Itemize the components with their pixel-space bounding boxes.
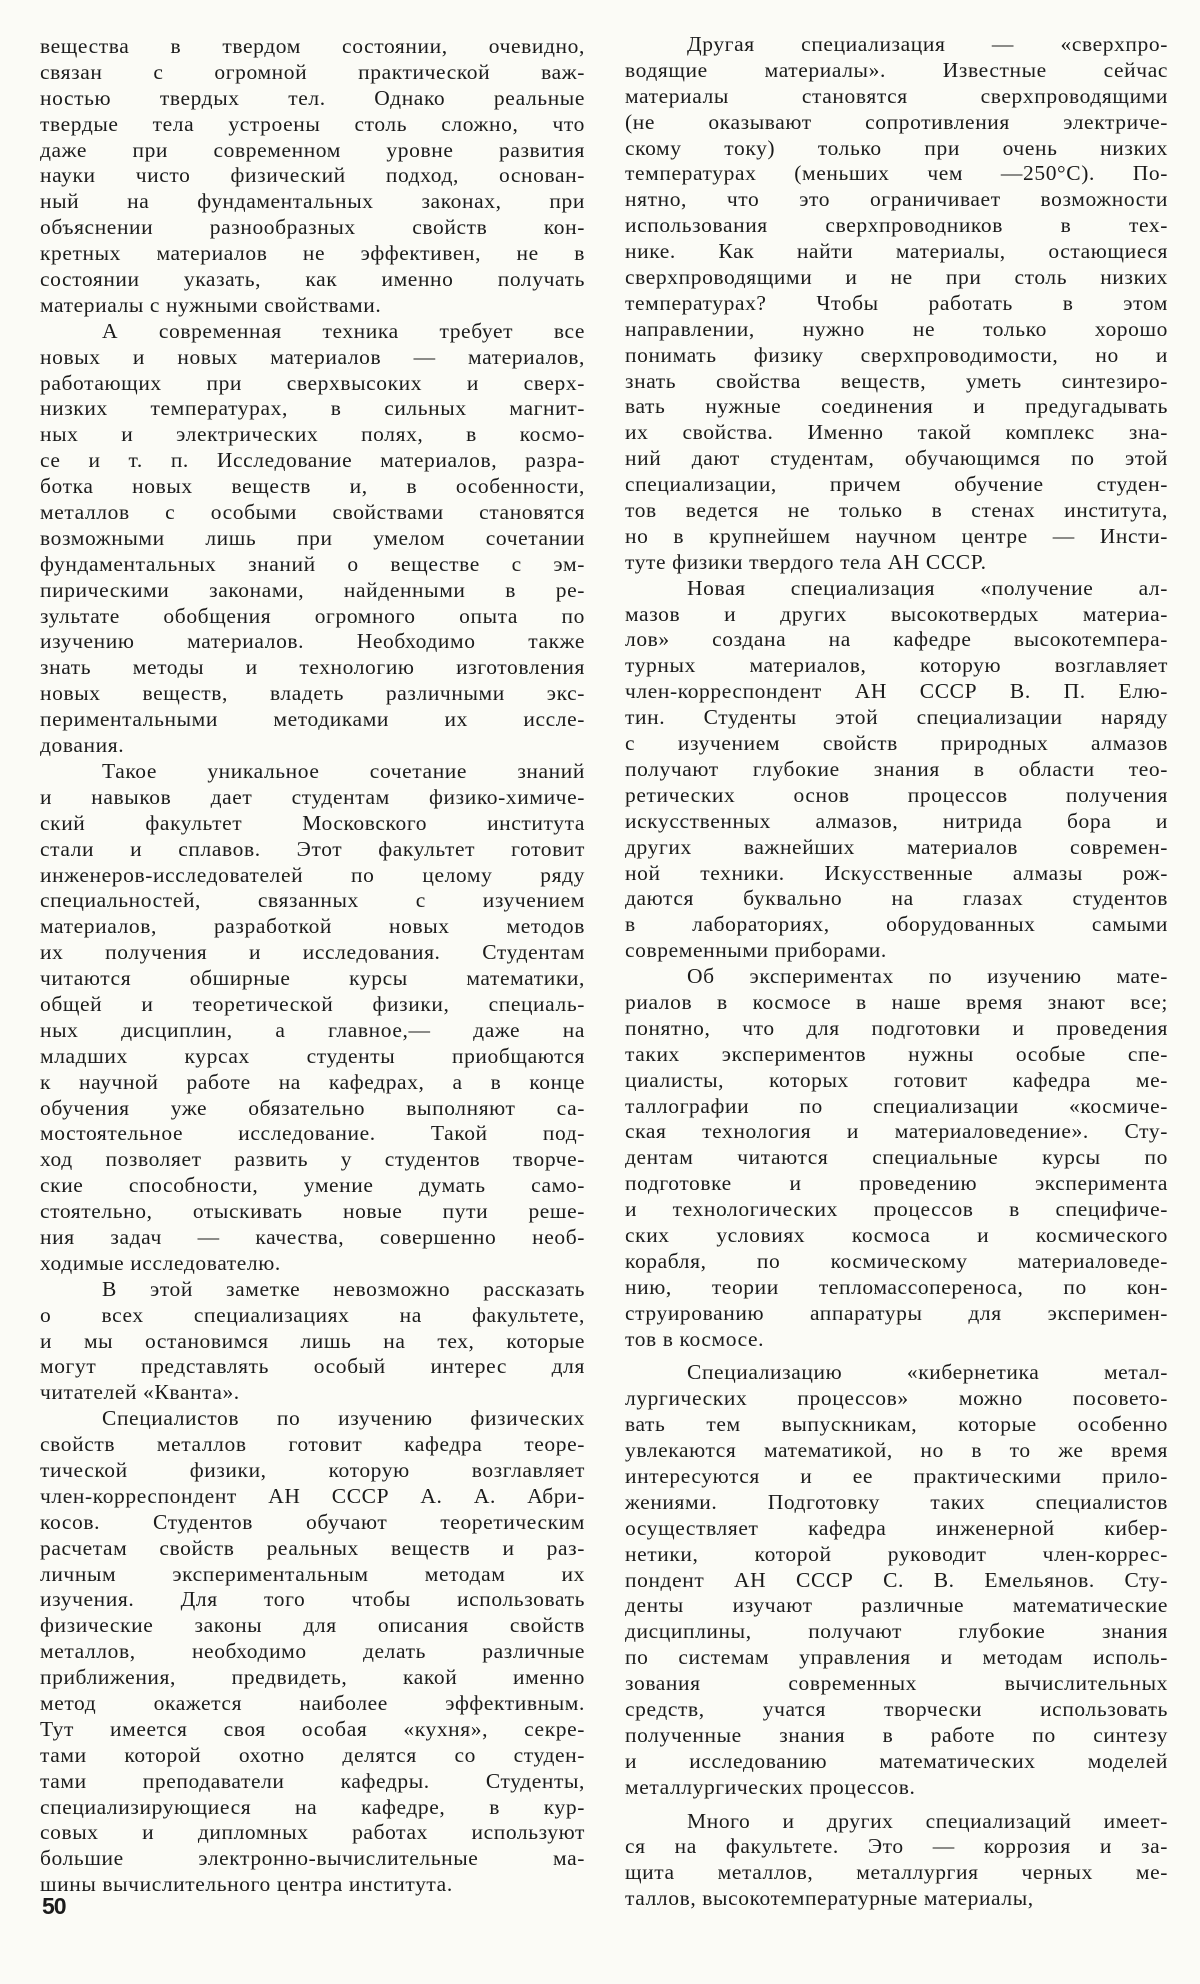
text-line: ская технология и материаловедение». Сту… <box>625 1119 1168 1145</box>
text-line: специальностей, связанных с изучением <box>40 888 585 914</box>
text-line: тической физики, которую возглавляет <box>40 1458 585 1484</box>
text-line: В этой заметке невозможно рассказать <box>40 1277 585 1303</box>
text-line: средств, учатся творчески использовать <box>625 1697 1168 1723</box>
text-line: увлекаются математикой, но в то же время <box>625 1438 1168 1464</box>
text-line: изучения. Для того чтобы использовать <box>40 1587 585 1613</box>
text-line: объяснении разнообразных свойств кон- <box>40 215 585 241</box>
right-column: Другая специализация — «сверхпро-водящие… <box>625 32 1168 1912</box>
left-column-paragraph: А современная техника требует всеновых и… <box>40 319 585 759</box>
text-line: физические законы для описания свойств <box>40 1613 585 1639</box>
text-line: материалы с нужными свойствами. <box>40 293 585 319</box>
text-line: приближения, предвидеть, какой именно <box>40 1665 585 1691</box>
text-line: ностью твердых тел. Однако реальные <box>40 86 585 112</box>
text-line: общей и теоретической физики, специаль- <box>40 992 585 1018</box>
left-column-paragraph: В этой заметке невозможно рассказатьо вс… <box>40 1277 585 1406</box>
text-line: тами преподаватели кафедры. Студенты, <box>40 1769 585 1795</box>
text-line: и навыков дает студентам физико-химиче- <box>40 785 585 811</box>
right-column-paragraph: Много и других специализаций имеет-ся на… <box>625 1809 1168 1913</box>
text-line: других важнейших материалов современ- <box>625 835 1168 861</box>
text-line: тов ведется не только в стенах института… <box>625 498 1168 524</box>
text-line: дования. <box>40 733 585 759</box>
text-line: Специализацию «кибернетика метал- <box>625 1360 1168 1386</box>
text-line: знать свойства веществ, уметь синтезиро- <box>625 369 1168 395</box>
text-line: Специалистов по изучению физических <box>40 1406 585 1432</box>
text-line: ход позволяет развить у студентов творче… <box>40 1147 585 1173</box>
text-line: по системам управления и методам исполь- <box>625 1645 1168 1671</box>
text-line: таллов, высокотемпературные материалы, <box>625 1886 1168 1912</box>
right-column-paragraph: Другая специализация — «сверхпро-водящие… <box>625 32 1168 576</box>
text-line: читателей «Кванта». <box>40 1380 585 1406</box>
text-line: специализации, причем обучение студен- <box>625 472 1168 498</box>
left-column-paragraph: вещества в твердом состоянии, очевидно,с… <box>40 34 585 319</box>
text-line: инженеров-исследователей по целому ряду <box>40 863 585 889</box>
magazine-page: вещества в твердом состоянии, очевидно,с… <box>0 0 1200 1984</box>
text-line: ний дают студентам, обучающимся по этой <box>625 446 1168 472</box>
text-line: пирическими законами, найденными в ре- <box>40 578 585 604</box>
text-line: кретных материалов не эффективен, не в <box>40 241 585 267</box>
text-line: косов. Студентов обучают теоретическим <box>40 1510 585 1536</box>
text-line: циалисты, которых готовит кафедра ме- <box>625 1068 1168 1094</box>
text-line: вать тем выпускникам, которые особенно <box>625 1412 1168 1438</box>
text-line: тами которой охотно делятся со студен- <box>40 1743 585 1769</box>
text-line: температурах (меньших чем —250°С). По- <box>625 161 1168 187</box>
text-line: новых веществ, владеть различными экс- <box>40 681 585 707</box>
text-line: ретических основ процессов получения <box>625 783 1168 809</box>
text-line: ной техники. Искусственные алмазы рож- <box>625 861 1168 887</box>
text-line: ных дисциплин, а главное,— даже на <box>40 1018 585 1044</box>
text-line: расчетам свойств реальных веществ и раз- <box>40 1536 585 1562</box>
text-line: о всех специализациях на факультете, <box>40 1303 585 1329</box>
text-line: могут представлять особый интерес для <box>40 1354 585 1380</box>
text-line: периментальными методиками их иссле- <box>40 707 585 733</box>
right-column-paragraph: Новая специализация «получение ал-мазов … <box>625 576 1168 964</box>
text-line: тин. Студенты этой специализации наряду <box>625 705 1168 731</box>
text-line: дисциплины, получают глубокие знания <box>625 1619 1168 1645</box>
text-line: Много и других специализаций имеет- <box>625 1809 1168 1835</box>
text-line: использования сверхпроводников в тех- <box>625 213 1168 239</box>
text-line: к научной работе на кафедрах, а в конце <box>40 1070 585 1096</box>
text-line: их получения и исследования. Студентам <box>40 940 585 966</box>
text-line: таллографии по специализации «космиче- <box>625 1094 1168 1120</box>
text-line: метод окажется наиболее эффективным. <box>40 1691 585 1717</box>
text-line: дентам читаются специальные курсы по <box>625 1145 1168 1171</box>
text-line: ния задач — качества, совершенно необ- <box>40 1225 585 1251</box>
text-line: большие электронно-вычислительные ма- <box>40 1846 585 1872</box>
text-line: Новая специализация «получение ал- <box>625 576 1168 602</box>
paragraph-gap <box>625 1801 1168 1809</box>
text-line: шины вычислительного центра института. <box>40 1872 585 1898</box>
text-line: зультате обобщения огромного опыта по <box>40 604 585 630</box>
text-line: интересуются и ее практическими прило- <box>625 1464 1168 1490</box>
text-line: специализирующиеся на кафедре, в кур- <box>40 1795 585 1821</box>
text-line: ных и электрических полях, в космо- <box>40 422 585 448</box>
text-line: стоятельно, отыскивать новые пути реше- <box>40 1199 585 1225</box>
text-line: металлов с особыми свойствами становятся <box>40 500 585 526</box>
text-line: понимать физику сверхпроводимости, но и <box>625 343 1168 369</box>
text-line: состоянии указать, как именно получать <box>40 267 585 293</box>
text-line: даются буквально на глазах студентов <box>625 886 1168 912</box>
text-line: ся на факультете. Это — коррозия и за- <box>625 1834 1168 1860</box>
text-line: вать нужные соединения и предугадывать <box>625 394 1168 420</box>
text-line: полученные знания в работе по синтезу <box>625 1723 1168 1749</box>
text-line: сверхпроводящими и не при столь низких <box>625 265 1168 291</box>
text-line: младших курсах студенты приобщаются <box>40 1044 585 1070</box>
text-line: связан с огромной практической важ- <box>40 60 585 86</box>
text-line: свойств металлов готовит кафедра теоре- <box>40 1432 585 1458</box>
text-line: Тут имеется своя особая «кухня», секре- <box>40 1717 585 1743</box>
text-line: корабля, по космическому материаловеде- <box>625 1249 1168 1275</box>
text-line: знать методы и технологию изготовления <box>40 655 585 681</box>
text-line: работающих при сверхвысоких и сверх- <box>40 371 585 397</box>
text-line: вещества в твердом состоянии, очевидно, <box>40 34 585 60</box>
text-line: ходимые исследователю. <box>40 1251 585 1277</box>
text-line: и исследованию математических моделей <box>625 1749 1168 1775</box>
text-line: читаются обширные курсы математики, <box>40 966 585 992</box>
text-line: пондент АН СССР С. В. Емельянов. Сту- <box>625 1568 1168 1594</box>
text-line: осуществляет кафедра инженерной кибер- <box>625 1516 1168 1542</box>
text-line: низких температурах, в сильных магнит- <box>40 396 585 422</box>
text-line: нятно, что это ограничивает возможности <box>625 187 1168 213</box>
text-line: новых и новых материалов — материалов, <box>40 345 585 371</box>
text-line: и технологических процессов в специфиче- <box>625 1197 1168 1223</box>
text-line: Об экспериментах по изучению мате- <box>625 964 1168 990</box>
text-line: материалы становятся сверхпроводящими <box>625 84 1168 110</box>
left-column-paragraph: Такое уникальное сочетание знанийи навык… <box>40 759 585 1277</box>
text-line: нию, теории тепломассопереноса, по кон- <box>625 1275 1168 1301</box>
text-line: водящие материалы». Известные сейчас <box>625 58 1168 84</box>
text-line: ботка новых веществ и, в особенности, <box>40 474 585 500</box>
text-line: ских условиях космоса и космического <box>625 1223 1168 1249</box>
text-line: искусственных алмазов, нитрида бора и <box>625 809 1168 835</box>
text-line: мостоятельное исследование. Такой под- <box>40 1121 585 1147</box>
text-line: струированию аппаратуры для эксперимен- <box>625 1301 1168 1327</box>
text-line: направлении, нужно не только хорошо <box>625 317 1168 343</box>
text-line: зования современных вычислительных <box>625 1671 1168 1697</box>
text-line: член-корреспондент АН СССР В. П. Елю- <box>625 679 1168 705</box>
text-line: се и т. п. Исследование материалов, разр… <box>40 448 585 474</box>
text-line: мазов и других высокотвердых материа- <box>625 602 1168 628</box>
text-line: (не оказывают сопротивления электриче- <box>625 110 1168 136</box>
text-line: но в крупнейшем научном центре — Инсти- <box>625 524 1168 550</box>
text-line: фундаментальных знаний о веществе с эм- <box>40 552 585 578</box>
text-line: стали и сплавов. Этот факультет готовит <box>40 837 585 863</box>
text-line: ный на фундаментальных законах, при <box>40 189 585 215</box>
text-line: даже при современном уровне развития <box>40 138 585 164</box>
paragraph-gap <box>625 1352 1168 1360</box>
text-line: Другая специализация — «сверхпро- <box>625 32 1168 58</box>
text-line: нике. Как найти материалы, остающиеся <box>625 239 1168 265</box>
text-line: металлов, необходимо делать различные <box>40 1639 585 1665</box>
left-column: вещества в твердом состоянии, очевидно,с… <box>40 34 585 1898</box>
text-line: А современная техника требует все <box>40 319 585 345</box>
text-line: риалов в космосе в наше время знают все; <box>625 990 1168 1016</box>
text-line: понятно, что для подготовки и проведения <box>625 1016 1168 1042</box>
right-column-paragraph: Специализацию «кибернетика метал-лургиче… <box>625 1360 1168 1800</box>
text-line: денты изучают различные математические <box>625 1593 1168 1619</box>
text-line: изучению материалов. Необходимо также <box>40 629 585 655</box>
text-line: подготовке и проведению эксперимента <box>625 1171 1168 1197</box>
text-line: туте физики твердого тела АН СССР. <box>625 550 1168 576</box>
text-line: член-корреспондент АН СССР А. А. Абри- <box>40 1484 585 1510</box>
right-column-paragraph: Об экспериментах по изучению мате-риалов… <box>625 964 1168 1352</box>
text-line: Такое уникальное сочетание знаний <box>40 759 585 785</box>
text-line: современными приборами. <box>625 938 1168 964</box>
text-line: ский факультет Московского института <box>40 811 585 837</box>
text-line: обучения уже обязательно выполняют са- <box>40 1096 585 1122</box>
text-line: и мы остановимся лишь на тех, которые <box>40 1329 585 1355</box>
page-number: 50 <box>42 1893 66 1920</box>
text-line: таких экспериментов нужны особые спе- <box>625 1042 1168 1068</box>
text-line: нетики, которой руководит член-коррес- <box>625 1542 1168 1568</box>
text-line: металлургических процессов. <box>625 1775 1168 1801</box>
text-line: получают глубокие знания в области тео- <box>625 757 1168 783</box>
text-line: в лабораториях, оборудованных самыми <box>625 912 1168 938</box>
text-line: турных материалов, которую возглавляет <box>625 653 1168 679</box>
text-line: твердые тела устроены столь сложно, что <box>40 112 585 138</box>
text-line: их свойства. Именно такой комплекс зна- <box>625 420 1168 446</box>
text-line: тов в космосе. <box>625 1327 1168 1353</box>
text-line: жениями. Подготовку таких специалистов <box>625 1490 1168 1516</box>
text-line: температурах? Чтобы работать в этом <box>625 291 1168 317</box>
text-line: с изучением свойств природных алмазов <box>625 731 1168 757</box>
text-line: лургических процессов» можно посовето- <box>625 1386 1168 1412</box>
text-line: возможными лишь при умелом сочетании <box>40 526 585 552</box>
text-line: личным экспериментальным методам их <box>40 1562 585 1588</box>
text-line: совых и дипломных работах используют <box>40 1820 585 1846</box>
text-line: скому току) только при очень низких <box>625 136 1168 162</box>
left-column-paragraph: Специалистов по изучению физическихсвойс… <box>40 1406 585 1898</box>
text-line: науки чисто физический подход, основан- <box>40 163 585 189</box>
text-line: ские способности, умение думать само- <box>40 1173 585 1199</box>
text-line: щита металлов, металлургия черных ме- <box>625 1860 1168 1886</box>
text-line: лов» создана на кафедре высокотемпера- <box>625 627 1168 653</box>
text-line: материалов, разработкой новых методов <box>40 914 585 940</box>
